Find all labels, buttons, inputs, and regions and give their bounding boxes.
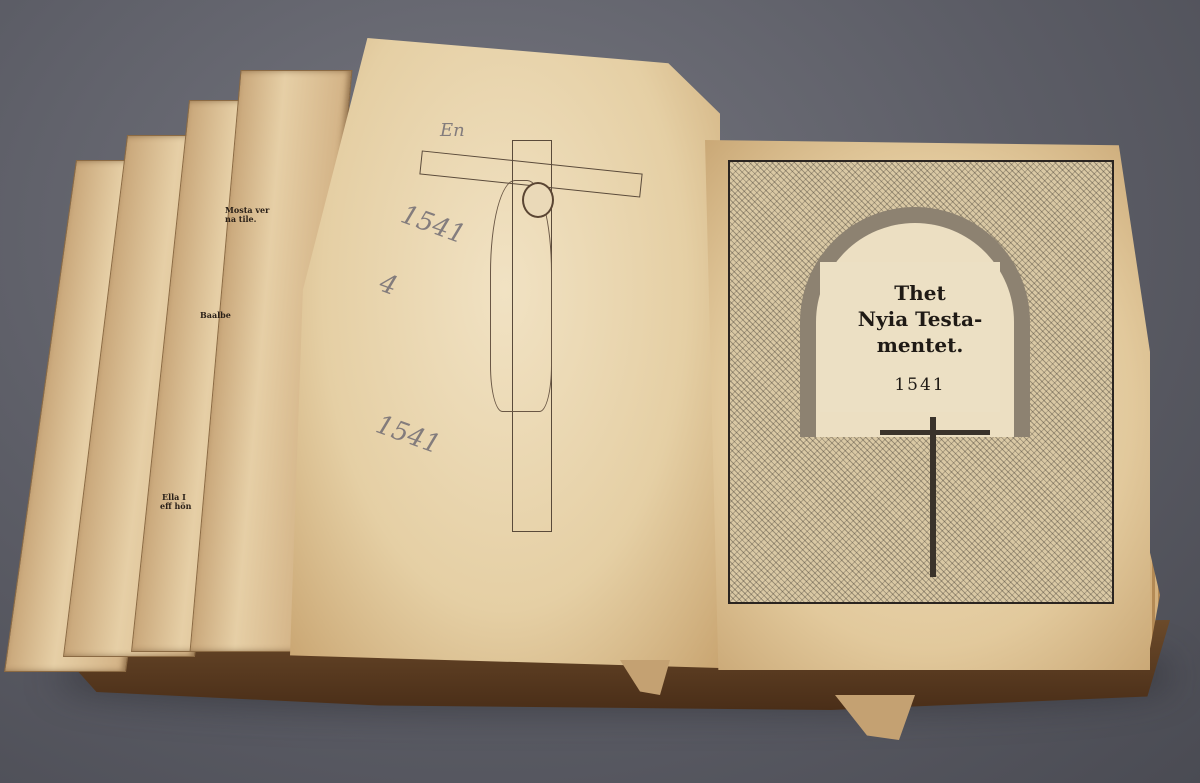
photo-scene: Mosta ver na tile. Baalbe Ella I eff hön… — [0, 0, 1200, 783]
woodcut-title-border: Thet Nyia Testa- mentet. 1541 — [728, 160, 1114, 604]
page-text-snippet: eff hön — [160, 501, 191, 511]
pencil-inscription: En — [440, 120, 465, 141]
page-text-snippet: na tile. — [225, 214, 256, 224]
title-line: Nyia Testa- — [830, 306, 1010, 332]
title-year: 1541 — [830, 372, 1010, 398]
page-text-snippet: Baalbe — [200, 310, 231, 320]
crucifix-upright — [930, 417, 936, 577]
torn-page-fragment — [835, 695, 915, 740]
title-line: mentet. — [830, 332, 1010, 358]
title-text: Thet Nyia Testa- mentet. 1541 — [830, 280, 1010, 398]
title-line: Thet — [830, 280, 1010, 306]
sketch-head — [522, 182, 554, 218]
